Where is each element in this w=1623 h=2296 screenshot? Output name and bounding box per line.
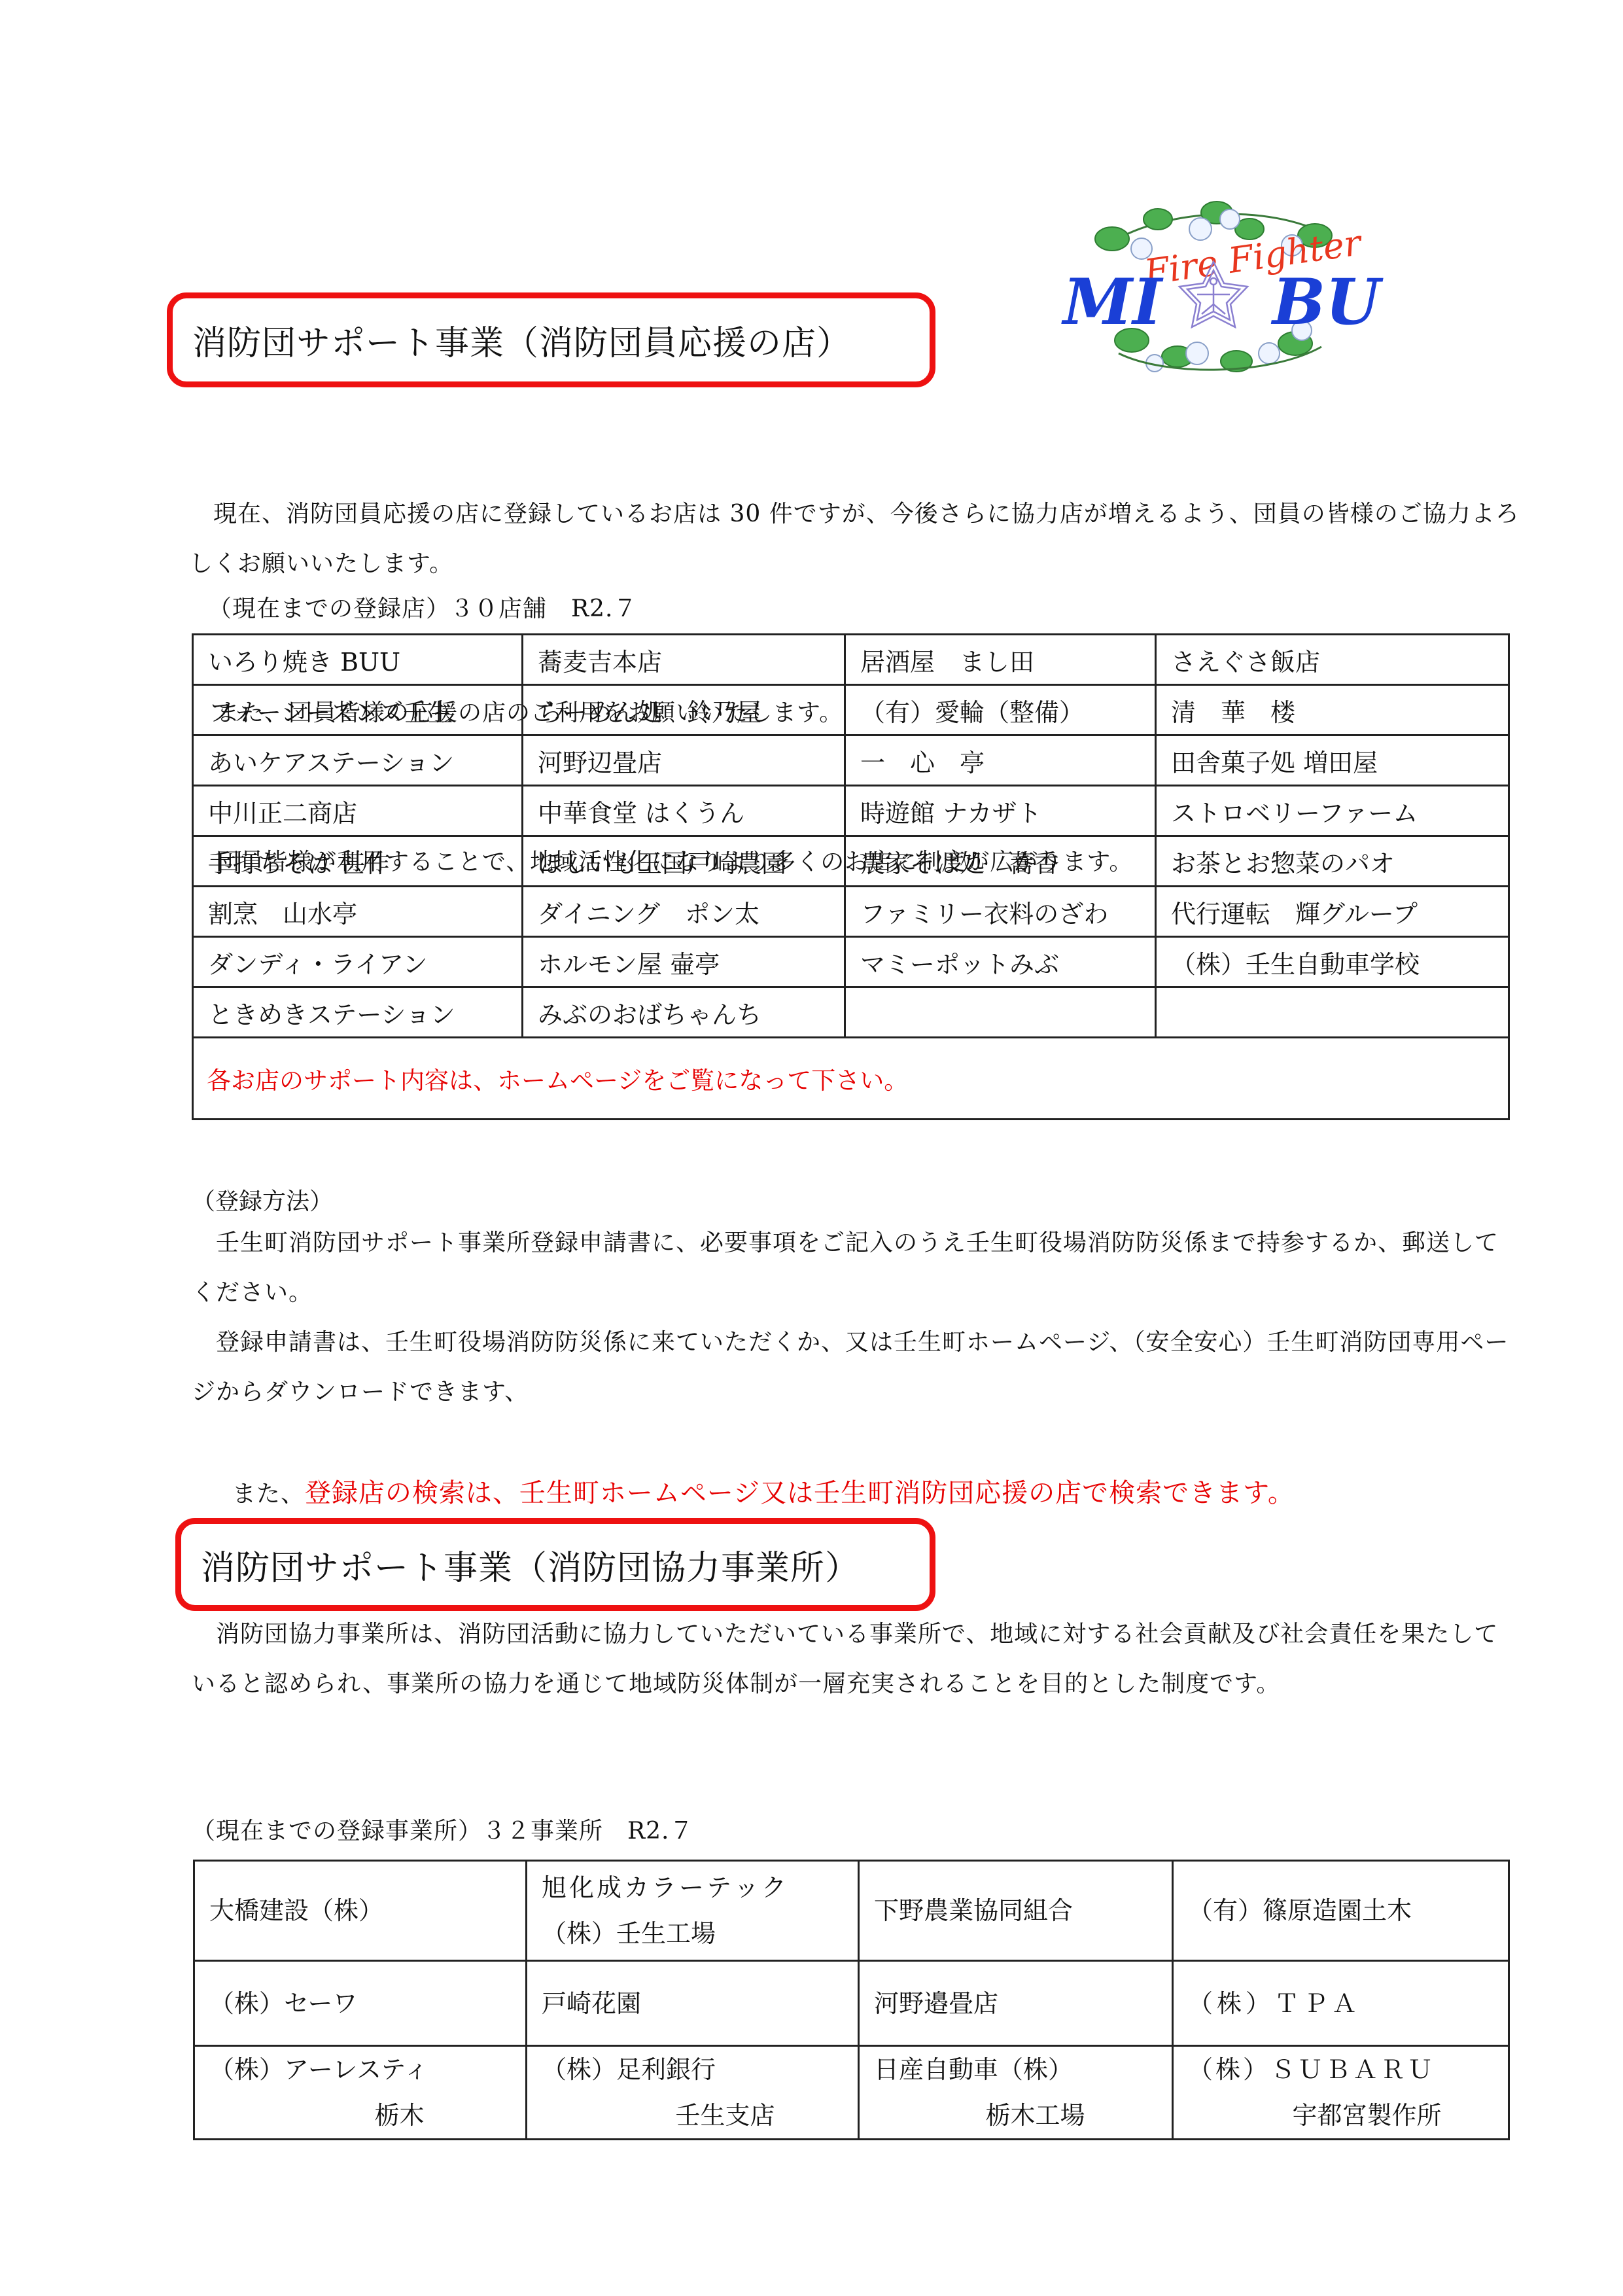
store-cell: 割烹 山水亭 bbox=[193, 887, 523, 937]
registration-paragraph-3: また、登録店の検索は、壬生町ホームページ又は壬生町消防団応援の店で検索できます。 bbox=[192, 1419, 1520, 1519]
business-cell: （有）篠原造園土木 bbox=[1173, 1861, 1509, 1961]
registration-p3-prefix: また、 bbox=[208, 1481, 305, 1508]
store-cell: さえぐさ飯店 bbox=[1156, 635, 1509, 685]
table-row: 大橋建設（株） 旭化成カラーテック（株）壬生工場 下野農業協同組合 （有）篠原造… bbox=[194, 1861, 1509, 1961]
store-cell: あいケアステーション bbox=[193, 735, 523, 786]
table-row: ダンディ・ライアン ホルモン屋 壷亭 マミーポットみぶ （株）壬生自動車学校 bbox=[193, 937, 1509, 987]
store-cell bbox=[845, 987, 1156, 1038]
store-cell: ときめきステーション bbox=[193, 987, 523, 1038]
business-cell: 大橋建設（株） bbox=[194, 1861, 527, 1961]
business-cell: （株）アーレスティ栃木 bbox=[194, 2046, 527, 2140]
logo-graphic-icon: Fire Fighter MI BU bbox=[1034, 190, 1400, 380]
registration-search-note: 登録店の検索は、壬生町ホームページ又は壬生町消防団応援の店で検索できます。 bbox=[305, 1478, 1295, 1508]
business-cell: 日産自動車（株）栃木工場 bbox=[859, 2046, 1173, 2140]
business-cell: 旭化成カラーテック（株）壬生工場 bbox=[527, 1861, 859, 1961]
store-cell: 田舎菓子処 増田屋 bbox=[1156, 735, 1509, 786]
store-list-caption: （現在までの登録店）３０店舗 R2.７ bbox=[208, 590, 637, 624]
table-row: 中川正二商店 中華食堂 はくうん 時遊館 ナカザト ストロベリーファーム bbox=[193, 786, 1509, 836]
store-cell: いろり焼き BUU bbox=[193, 635, 523, 685]
store-cell: 手打ちそば 甚作 bbox=[193, 836, 523, 887]
business-cell: 河野邉畳店 bbox=[859, 1961, 1173, 2046]
table-row-note: 各お店のサポート内容は、ホームページをご覧になって下さい。 bbox=[193, 1038, 1509, 1120]
table-row: （株）セーワ 戸崎花園 河野邉畳店 （株）ＴＰＡ bbox=[194, 1961, 1509, 2046]
store-cell: フォーシーズンズ壬生 bbox=[193, 685, 523, 735]
store-cell: 中華食堂 はくうん bbox=[523, 786, 845, 836]
intro-line: 現在、消防団員応援の店に登録しているお店は 30 件ですが、今後さらに協力店が増… bbox=[189, 489, 1520, 589]
store-cell: 一 心 亭 bbox=[845, 735, 1156, 786]
table-row: いろり焼き BUU 蕎麦吉本店 居酒屋 まし田 さえぐさ飯店 bbox=[193, 635, 1509, 685]
store-cell: 中川正二商店 bbox=[193, 786, 523, 836]
section-heading-cooperating-businesses: 消防団サポート事業（消防団協力事業所） bbox=[175, 1518, 935, 1611]
store-cell: 蕎麦吉本店 bbox=[523, 635, 845, 685]
business-list-caption: （現在までの登録事業所）３２事業所 R2.７ bbox=[192, 1812, 693, 1846]
homepage-note: 各お店のサポート内容は、ホームページをご覧になって下さい。 bbox=[193, 1038, 1509, 1120]
store-cell: （有）愛輪（整備） bbox=[845, 685, 1156, 735]
store-cell bbox=[1156, 987, 1509, 1038]
svg-text:BU: BU bbox=[1270, 265, 1384, 339]
store-cell: ファミリー衣料のざわ bbox=[845, 887, 1156, 937]
store-cell: ダンディ・ライアン bbox=[193, 937, 523, 987]
business-cell: （株）セーワ bbox=[194, 1961, 527, 2046]
table-row: ときめきステーション みぶのおばちゃんち bbox=[193, 987, 1509, 1038]
store-cell: 時遊館 ナカザト bbox=[845, 786, 1156, 836]
mibu-fire-fighter-logo: Fire Fighter MI BU bbox=[1034, 190, 1400, 380]
supporter-store-table: いろり焼き BUU 蕎麦吉本店 居酒屋 まし田 さえぐさ飯店 フォーシーズンズ壬… bbox=[192, 633, 1510, 1120]
table-row: あいケアステーション 河野辺畳店 一 心 亭 田舎菓子処 増田屋 bbox=[193, 735, 1509, 786]
table-row: フォーシーズンズ壬生 らーめん処 鈴乃屋 （有）愛輪（整備） 清 華 楼 bbox=[193, 685, 1509, 735]
store-cell: 農家そば処 蕎香 bbox=[845, 836, 1156, 887]
business-cell: （株）ＳＵＢＡＲＵ宇都宮製作所 bbox=[1173, 2046, 1509, 2140]
business-cell: 下野農業協同組合 bbox=[859, 1861, 1173, 1961]
registration-method-title: （登録方法） bbox=[192, 1183, 333, 1216]
section-heading-supporter-shops: 消防団サポート事業（消防団員応援の店） bbox=[167, 292, 935, 387]
svg-text:MI: MI bbox=[1061, 265, 1164, 339]
table-row: 割烹 山水亭 ダイニング ポン太 ファミリー衣料のざわ 代行運転 輝グループ bbox=[193, 887, 1509, 937]
section-heading-text: 消防団サポート事業（消防団員応援の店） bbox=[192, 315, 851, 364]
store-cell: ほしいも王国戸崎農園 bbox=[523, 836, 845, 887]
business-cell: （株）ＴＰＡ bbox=[1173, 1961, 1509, 2046]
section2-intro-paragraph: 消防団協力事業所は、消防団活動に協力していただいている事業所で、地域に対する社会… bbox=[192, 1610, 1520, 1709]
store-cell: 代行運転 輝グループ bbox=[1156, 887, 1509, 937]
registration-paragraph-1: 壬生町消防団サポート事業所登録申請書に、必要事項をご記入のうえ壬生町役場消防防災… bbox=[192, 1218, 1520, 1318]
store-cell: ホルモン屋 壷亭 bbox=[523, 937, 845, 987]
store-cell: （株）壬生自動車学校 bbox=[1156, 937, 1509, 987]
table-row: 手打ちそば 甚作 ほしいも王国戸崎農園 農家そば処 蕎香 お茶とお惣菜のパオ bbox=[193, 836, 1509, 887]
store-cell: マミーポットみぶ bbox=[845, 937, 1156, 987]
store-cell: ダイニング ポン太 bbox=[523, 887, 845, 937]
store-cell: らーめん処 鈴乃屋 bbox=[523, 685, 845, 735]
cooperating-business-table: 大橋建設（株） 旭化成カラーテック（株）壬生工場 下野農業協同組合 （有）篠原造… bbox=[193, 1860, 1510, 2140]
store-cell: みぶのおばちゃんち bbox=[523, 987, 845, 1038]
store-cell: 清 華 楼 bbox=[1156, 685, 1509, 735]
business-cell: （株）足利銀行壬生支店 bbox=[527, 2046, 859, 2140]
section-heading-text: 消防団サポート事業（消防団協力事業所） bbox=[201, 1540, 860, 1589]
store-cell: ストロベリーファーム bbox=[1156, 786, 1509, 836]
business-cell: 戸崎花園 bbox=[527, 1961, 859, 2046]
registration-paragraph-2: 登録申請書は、壬生町役場消防防災係に来ていただくか、又は壬生町ホームページ、（安… bbox=[192, 1318, 1520, 1417]
store-cell: お茶とお惣菜のパオ bbox=[1156, 836, 1509, 887]
table-row: （株）アーレスティ栃木 （株）足利銀行壬生支店 日産自動車（株）栃木工場 （株）… bbox=[194, 2046, 1509, 2140]
store-cell: 河野辺畳店 bbox=[523, 735, 845, 786]
store-cell: 居酒屋 まし田 bbox=[845, 635, 1156, 685]
